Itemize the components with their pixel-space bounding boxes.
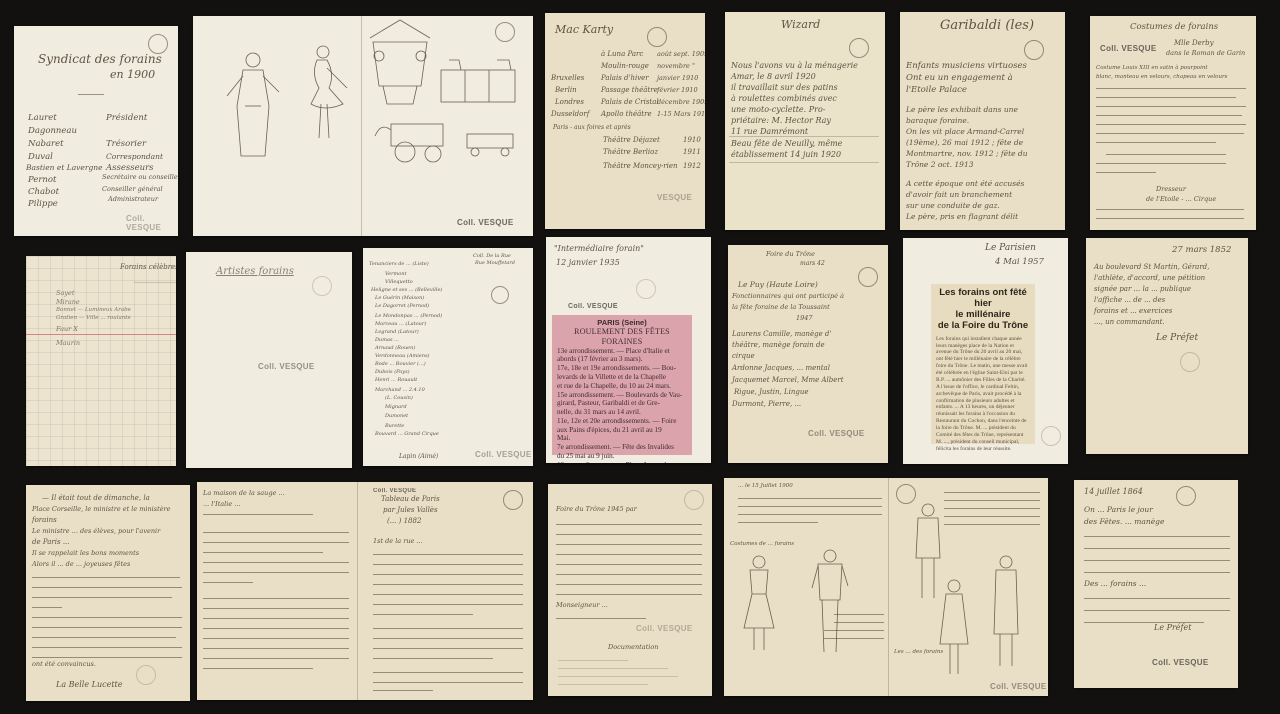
text-line: Nous l'avons vu à la ménagerie [731, 62, 858, 70]
dancer-sketch [281, 40, 361, 140]
text-line: On les vit place Armand-Carrel [906, 128, 1024, 136]
text-scribble [32, 627, 182, 628]
header-right: dans le Roman de Garin [1166, 50, 1245, 57]
postmark-stamp-icon [1176, 486, 1196, 506]
clipping-line: Mai. [557, 434, 687, 443]
text-scribble [203, 582, 253, 583]
text-scribble [373, 574, 523, 575]
document-title: Forains célèbres [120, 264, 176, 271]
text-line: Au boulevard St Martin, Gérard, [1094, 264, 1209, 271]
collection-stamp: Coll. VESQUE [990, 682, 1047, 691]
text-scribble [1096, 106, 1246, 107]
woman-figure-sketch [986, 554, 1026, 674]
text-scribble [203, 514, 313, 515]
venue: à Luna Parc [601, 51, 643, 58]
list-item: Mignard [385, 405, 407, 410]
venue: Palais de Cristal [601, 99, 659, 106]
source-title: "Intermédiaire forain" [554, 245, 644, 253]
source-date: 12 janvier 1935 [556, 259, 620, 267]
text-scribble [834, 614, 884, 615]
divider [729, 162, 879, 163]
venue: Moulin-rouge [601, 63, 649, 70]
name-item: Dagonneau [28, 127, 77, 136]
text-scribble [373, 648, 523, 649]
text-scribble [556, 574, 702, 575]
text-scribble [1084, 610, 1230, 611]
list-item: (L. Cousin) [385, 396, 413, 401]
document-le-parisien-clipping: Le Parisien 4 Mai 1957 Les forains ont f… [903, 238, 1068, 464]
name-item: Pilippe [28, 200, 58, 209]
name-item: Pernot [28, 176, 56, 185]
text-scribble [1096, 133, 1244, 134]
list-item: Vermont [385, 272, 406, 277]
list-item: Henri ... Rouault [375, 378, 417, 383]
date: janvier 1910 [657, 75, 698, 82]
text-scribble [1096, 163, 1226, 164]
document-la-belle-lucette: — Il était tout de dimanche, la Place Co… [26, 485, 190, 701]
text-scribble [32, 587, 182, 588]
postmark-stamp-icon [684, 490, 704, 510]
name-item: Bonnet — Lumineux Arabe [56, 308, 131, 314]
text-scribble [556, 534, 702, 535]
text-scribble [1106, 154, 1226, 155]
text-line: blanc, manteau en velours, chapeau en ve… [1096, 75, 1227, 81]
text-line: Le ministre ... des élèves, pour l'aveni… [32, 528, 160, 535]
text-scribble [738, 514, 882, 515]
date: 1-15 Mars 1910 [657, 111, 705, 118]
text-line: ... l'Italie ... [203, 501, 240, 508]
role-item: Assesseurs [106, 164, 154, 173]
text-scribble [738, 498, 882, 499]
role-item: Secrétaire ou conseiller [102, 174, 178, 181]
text-scribble [558, 668, 668, 669]
text-line: 11 rue Damrémont [731, 128, 808, 136]
signature: La Belle Lucette [56, 681, 122, 689]
header-right: Mlle Derby [1174, 40, 1214, 47]
signature: Le Préfet [1154, 624, 1191, 632]
venue: Passage théâtre [601, 87, 658, 94]
text-scribble [203, 542, 349, 543]
document-tableau-de-paris: La maison de la sauge ... ... l'Italie .… [197, 482, 533, 700]
text-line: d'avoir fait un branchement [906, 191, 1012, 199]
text-line: Laurens Camille, manège d' [732, 331, 831, 338]
text-scribble [203, 638, 349, 639]
year: 1910 [683, 137, 701, 144]
text-scribble [32, 637, 176, 638]
clipping-subheader: ROULEMENT DES FÊTES FORAINES [557, 327, 687, 347]
animal-cages-sketch [439, 56, 519, 106]
text-line: Jacquemet Marcel, Mme Albert [732, 377, 844, 384]
clipping-line: 11e, 12e et 20e arrondissements. — Foire [557, 417, 687, 426]
text-scribble [738, 522, 818, 523]
list-item: Dubois (Pays) [375, 370, 410, 375]
text-scribble [1084, 560, 1230, 561]
date: novembre " [657, 63, 695, 70]
text-scribble [558, 676, 678, 677]
document-le-puy-forains: Foire du Trône mars 42 Le Puy (Haute Loi… [728, 245, 888, 463]
text-line: Montmartre, nov. 1912 ; fête du [906, 150, 1028, 158]
text-scribble [373, 594, 523, 595]
text-scribble [203, 598, 349, 599]
role-item: Président [106, 114, 147, 123]
text-line: On ... Paris le jour [1084, 506, 1153, 514]
text-line: de Paris ... [32, 539, 70, 546]
text-scribble [556, 618, 646, 619]
text-line: — Il était tout de dimanche, la [42, 495, 150, 502]
text-scribble [1096, 209, 1244, 210]
text-scribble [203, 532, 349, 533]
year: 1912 [683, 163, 701, 170]
list-heading: Tenanciers de ... (Liste) [369, 262, 429, 267]
text-line: Durmont, Pierre, ... [732, 401, 801, 408]
subheading: Paris - aux foires et après [553, 125, 631, 131]
document-footer: Lapin (Aimé) [399, 454, 438, 460]
text-scribble [1096, 88, 1246, 89]
document-date: 27 mars 1852 [1172, 246, 1231, 255]
text-line: l'athlète, d'accord, une pétition [1094, 275, 1205, 282]
underline [134, 282, 176, 283]
text-scribble [32, 607, 62, 608]
text-line: signée par ... la ... publique [1094, 286, 1191, 293]
text-line: cirque [732, 353, 755, 360]
text-scribble [373, 614, 473, 615]
list-item: Le Guérin (Maison) [375, 296, 424, 301]
text-line: Le père les exhibait dans une [906, 106, 1018, 114]
document-27-mars-1852: 27 mars 1852 Au boulevard St Martin, Gér… [1086, 238, 1248, 454]
text-line: priétaire: M. Hector Ray [731, 117, 831, 125]
text-scribble [203, 618, 349, 619]
document-wizard: Wizard Nous l'avons vu à la ménagerie Am… [725, 12, 885, 230]
source-title: Le Parisien [985, 244, 1036, 253]
postmark-stamp-icon [503, 490, 523, 510]
text-scribble [373, 682, 523, 683]
document-tenanciers-list: Coll. De la Rue Rue Mouffetard Tenancier… [363, 248, 533, 466]
document-title: Mac Karty [555, 23, 613, 36]
postmark-stamp-icon [636, 279, 656, 299]
city: Bruxelles [551, 75, 584, 82]
collection-stamp: Coll. VESQUE [808, 429, 865, 438]
name-item: Sayet [56, 290, 74, 297]
header-line: par Jules Vallès [383, 507, 438, 514]
newspaper-clipping-foire-du-trone: Les forains ont fêté hier le millénaire … [931, 284, 1035, 444]
list-item: Bouvard ... Grand Cirque [375, 432, 439, 437]
text-scribble [556, 554, 702, 555]
name-item: Faur X [56, 326, 78, 333]
text-line: l'Etoile Palace [906, 86, 967, 95]
page-fold [888, 478, 889, 696]
text-line: ..., un commandant. [1094, 319, 1165, 326]
name-item: Maurin [56, 340, 80, 347]
document-intermediaire-forain: "Intermédiaire forain" 12 janvier 1935 C… [546, 237, 711, 463]
document-mac-karty: Mac Karty à Luna Parc août sept. 1909 Mo… [545, 13, 705, 229]
text-line: Costume Louis XIII en satin à pourpoint [1096, 66, 1208, 72]
text-scribble [32, 647, 182, 648]
list-item: Arnaud (Rouen) [375, 346, 415, 351]
name-item: Nabaret [28, 140, 64, 149]
list-item: Dumonet [385, 414, 408, 419]
divider [78, 94, 104, 95]
text-scribble [203, 572, 349, 573]
date: août sept. 1909 [657, 51, 705, 58]
list-item: Legrand (Latour) [375, 330, 419, 335]
document-syndicat-des-forains: Syndicat des forains en 1900 Lauret Dago… [14, 26, 178, 236]
collection-stamp: Coll. VESQUE [457, 218, 514, 227]
header: mars 42 [800, 261, 825, 267]
text-line: l'affiche ... de ... des [1094, 297, 1165, 304]
list-item: Heligne et ses ... (Belleville) [371, 288, 442, 293]
text-scribble [558, 684, 648, 685]
theatre: Théâtre Berlioz [603, 149, 658, 156]
text-scribble [32, 597, 172, 598]
collection-stamp: Coll. VESQUE [475, 450, 532, 459]
female-performer-sketch [734, 554, 784, 654]
clipping-line: nelle, du 31 mars au 14 avril. [557, 408, 687, 417]
header-line: Tableau de Paris [381, 496, 440, 503]
text-scribble [203, 608, 349, 609]
sketch-caption: Costumes de ... forains [730, 542, 794, 548]
clipping-line: aux Pains d'épices, du 21 avril au 19 [557, 426, 687, 435]
collection-stamp: Coll. VESQUE [258, 362, 315, 371]
text-line: Amar, le 8 avril 1920 [731, 73, 816, 81]
subheading: Dresseur [1156, 186, 1186, 193]
document-date: 14 juillet 1864 [1084, 488, 1143, 496]
text-scribble [944, 524, 1040, 525]
page-fold [361, 16, 362, 236]
text-line: baraque foraine. [906, 117, 969, 125]
clipping-line: 13e arrondissement. — Place d'Italie et [557, 347, 687, 356]
text-scribble [373, 564, 523, 565]
text-scribble [558, 660, 628, 661]
page-fold [357, 482, 358, 700]
text-scribble [834, 622, 884, 623]
text-line: il travaillait sur des patins [731, 84, 838, 92]
text-scribble [203, 552, 323, 553]
role-item: Trésorier [106, 140, 146, 149]
list-item: Bode ... Bouvier (...) [375, 362, 426, 367]
text-line: Alors il ... de ... joyeuses fêtes [32, 561, 130, 568]
male-performer-sketch [810, 548, 850, 658]
header: Foire du Trône [766, 251, 815, 258]
text-scribble [373, 658, 493, 659]
text-line: Place Corseille, le ministre et le minis… [32, 506, 171, 513]
text-line: Enfants musiciens virtuoses [906, 62, 1027, 71]
text-scribble [373, 638, 523, 639]
text-scribble [203, 648, 349, 649]
text-line: Trône 2 oct. 1913 [906, 161, 974, 169]
text-line: Le Puy (Haute Loire) [738, 281, 818, 289]
text-line: ont été convaincus. [32, 661, 96, 668]
text-scribble [1084, 598, 1230, 599]
document-costumes-de-forains: Costumes de forains Coll. VESQUE Mlle De… [1090, 16, 1256, 230]
clipping-line: 19e arrondissement. — Place Armand- [557, 461, 687, 463]
name-item: Gratien — Ville ... roulante [56, 316, 131, 322]
text-line: La maison de la sauge ... [203, 490, 285, 497]
document-sketches-booth-and-costume: Coll. VESQUE [193, 16, 533, 236]
header-line: ... le 15 Juillet 1900 [738, 484, 793, 490]
text-scribble [1096, 218, 1244, 219]
list-item: Le Dagorret (Pernod) [375, 304, 429, 309]
text-line: sur une conduite de gaz. [906, 202, 1000, 210]
document-garibaldi: Garibaldi (les) Enfants musiciens virtuo… [900, 12, 1065, 230]
text-line: Fonctionnaires qui ont participé à [732, 293, 844, 300]
text-line: 1st de la rue ... [373, 538, 423, 545]
margin-line [26, 334, 176, 335]
girl-figure-sketch [934, 578, 974, 678]
clipping-line: abords (17 février au 3 mars). [557, 355, 687, 364]
subheading: de l'Etoile - ... Cirque [1146, 196, 1216, 203]
text-line: une moto-cyclette. Pro- [731, 106, 825, 114]
role-item: Administrateur [108, 196, 158, 203]
text-scribble [944, 492, 1040, 493]
theatre: Théâtre Moncey-rien [603, 163, 678, 170]
name-item: Duval [28, 153, 53, 162]
city: Berlin [555, 87, 577, 94]
text-scribble [1096, 97, 1236, 98]
collection-stamp: Coll. VESQUE [568, 303, 618, 310]
list-item: Verdonneau (Amiens) [375, 354, 430, 359]
clipping-line: girard, Pasteur, Garibaldi et de Gre- [557, 399, 687, 408]
collection-stamp: Coll. VESQUE [126, 214, 178, 232]
text-scribble [373, 554, 523, 555]
text-line: 1947 [796, 315, 813, 322]
subheading: Documentation [608, 644, 658, 651]
signature: Le Préfet [1156, 334, 1198, 343]
wagon-sketch [371, 116, 521, 166]
text-line: établissement 14 juin 1920 [731, 151, 841, 159]
postmark-stamp-icon [647, 27, 667, 47]
text-scribble [944, 508, 1040, 509]
text-scribble [373, 672, 523, 673]
list-item: Marceau ... (Latour) [375, 322, 426, 327]
document-14-juillet-1864: 14 juillet 1864 On ... Paris le jour des… [1074, 480, 1238, 688]
text-scribble [373, 604, 523, 605]
newspaper-clipping-fetes-foraines: PARIS (Seine) ROULEMENT DES FÊTES FORAIN… [552, 315, 692, 455]
text-scribble [1096, 115, 1242, 116]
document-title: Artistes forains [216, 266, 294, 277]
name-item: Mirane [56, 299, 80, 306]
text-scribble [944, 500, 1040, 501]
name-item: Chabot [28, 188, 59, 197]
postmark-stamp-icon [858, 267, 878, 287]
postmark-stamp-icon [148, 34, 168, 54]
text-scribble [1096, 142, 1216, 143]
role-item: Correspondant [106, 153, 163, 161]
postmark-stamp-icon [849, 38, 869, 58]
postmark-stamp-icon [896, 484, 916, 504]
city: Londres [555, 99, 584, 106]
text-scribble [203, 562, 349, 563]
text-scribble [203, 668, 313, 669]
text-scribble [556, 584, 702, 585]
collection-stamp: Coll. VESQUE [1100, 44, 1157, 53]
clipping-line: levards de la Villette et de la Chapelle [557, 373, 687, 382]
venue: Apollo théâtre [601, 111, 652, 118]
postmark-stamp-icon [312, 276, 332, 296]
text-line: à roulettes combinés avec [731, 95, 837, 103]
text-scribble [738, 506, 882, 507]
year: 1911 [683, 149, 701, 156]
venue: Palais d'hiver [601, 75, 649, 82]
clipping-line: 7e arrondissement. — Fête des Invalides [557, 443, 687, 452]
date: décembre 1909 [657, 99, 705, 106]
text-line: Des ... forains ... [1084, 580, 1146, 588]
document-title: Costumes de forains [1130, 22, 1218, 32]
role-item: Conseiller général [102, 186, 163, 193]
text-scribble [32, 577, 180, 578]
text-scribble [203, 628, 349, 629]
collection-stamp: Coll. VESQUE [636, 624, 693, 633]
text-scribble [824, 638, 884, 639]
postmark-stamp-icon [491, 286, 509, 304]
header-right: Rue Mouffetard [475, 261, 515, 266]
postmark-stamp-icon [1041, 426, 1061, 446]
document-forains-celebres-grid: Forains célèbres Sayet Mirane Bonnet — L… [26, 256, 176, 466]
postmark-stamp-icon [136, 665, 156, 685]
clipping-header: PARIS (Seine) [557, 318, 687, 327]
text-line: théâtre, manège forain de [732, 342, 825, 349]
source-date: 4 Mai 1957 [995, 258, 1044, 267]
document-title: Wizard [781, 18, 820, 31]
clipping-line: du 25 mai au 9 juin. [557, 452, 687, 461]
city: Dusseldorf [551, 111, 589, 118]
text-line: A cette époque ont été accusés [906, 180, 1024, 188]
text-scribble [556, 594, 702, 595]
text-scribble [824, 630, 884, 631]
clipping-headline: de la Foire du Trône [936, 321, 1030, 332]
text-scribble [556, 544, 702, 545]
text-line: des Fêtes. ... manège [1084, 518, 1164, 526]
text-line: Le père, pris en flagrant délit [906, 213, 1018, 221]
text-line: Il se rappelait les bons moments [32, 550, 139, 557]
postmark-stamp-icon [1024, 40, 1044, 60]
document-foire-du-trone-notes: Foire du Trône 1945 par Monseigneur ... … [548, 484, 712, 696]
list-item: Le Mondonpas ... (Pernod) [375, 314, 442, 319]
collection-stamp: Coll. VESQUE [373, 488, 416, 494]
name-item: Bastien et Lavergne [26, 164, 103, 172]
text-line: Ardonne Jacques, ... mental [732, 365, 830, 372]
clipping-headline: Les forains ont fêté hier [936, 288, 1030, 310]
collection-stamp: VESQUE [657, 193, 692, 202]
sketch-caption: Les ... des forains [894, 650, 943, 656]
header-right: Coll. De la Rue [473, 254, 511, 259]
text-line: Rigue, Justin, Lingue [734, 389, 809, 396]
clipping-line: et rue de la Chapelle, du 10 au 24 mars. [557, 382, 687, 391]
text-scribble [1084, 536, 1230, 537]
text-scribble [556, 524, 702, 525]
list-item: Villequetto [385, 280, 413, 285]
document-subtitle: en 1900 [110, 68, 155, 81]
document-title: Garibaldi (les) [940, 18, 1034, 33]
clipping-line: 15e arrondissement. — Boulevards de Vau- [557, 391, 687, 400]
header-line: (... ) 1882 [387, 518, 421, 525]
postmark-stamp-icon [1180, 352, 1200, 372]
text-line: (19ème), 26 mai 1912 ; fête de [906, 139, 1023, 147]
text-scribble [1084, 548, 1230, 549]
clipping-line: 17e, 18e et 19e arrondissements. — Bou- [557, 364, 687, 373]
document-costume-sketches: ... le 15 Juillet 1900 Costumes de ... f… [724, 478, 1048, 696]
document-artistes-forains: Artistes forains Coll. VESQUE [186, 252, 352, 468]
text-scribble [203, 658, 349, 659]
text-scribble [944, 516, 1040, 517]
divider [729, 136, 879, 137]
text-scribble [1096, 172, 1156, 173]
document-title: Syndicat des forains [38, 52, 162, 66]
list-item: Marchand ... 2.4.10 [375, 388, 425, 393]
theatre: Théâtre Déjazet [603, 137, 660, 144]
list-item: Burette [385, 424, 404, 429]
text-scribble [32, 617, 182, 618]
text-scribble [32, 657, 182, 658]
